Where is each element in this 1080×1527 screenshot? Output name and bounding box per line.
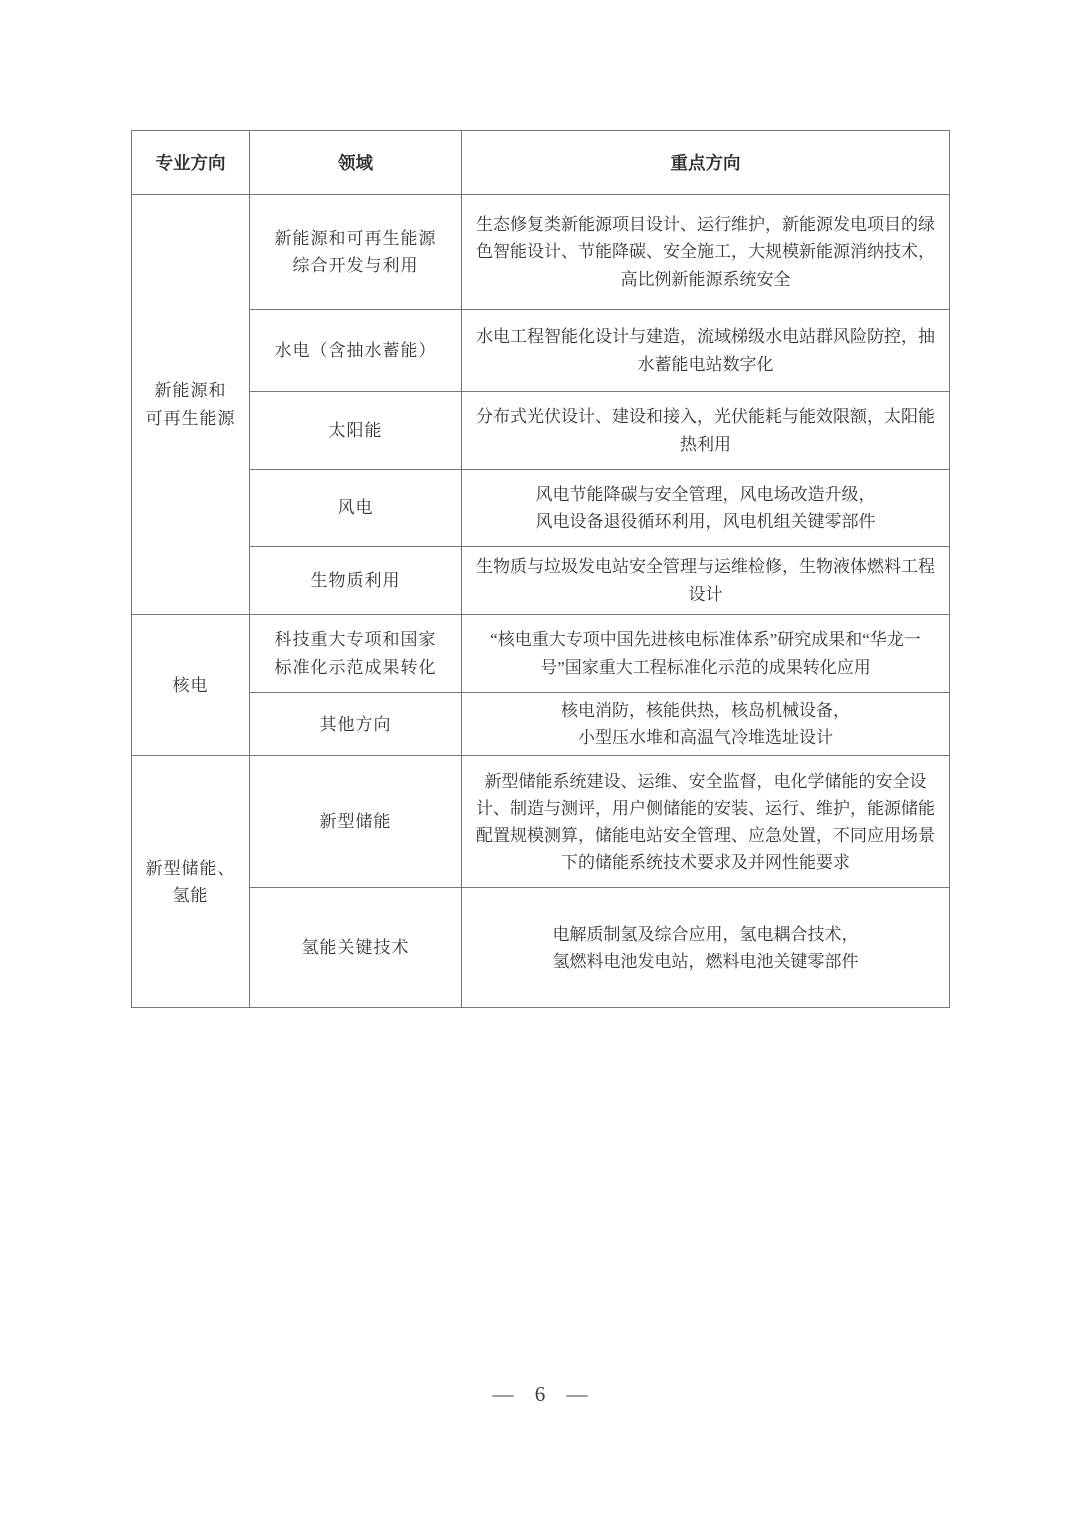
focus-cell-renewables-comprehensive: 生态修复类新能源项目设计、运行维护，新能源发电项目的绿色智能设计、节能降碳、安全… xyxy=(462,195,950,310)
field-cell-hydrogen-tech: 氢能关键技术 xyxy=(250,888,462,1008)
field-cell-new-storage: 新型储能 xyxy=(250,756,462,888)
table-row: 水电（含抽水蓄能） 水电工程智能化设计与建造，流域梯级水电站群风险防控，抽水蓄能… xyxy=(132,310,950,392)
focus-cell-hydrogen-tech: 电解质制氢及综合应用，氢电耦合技术， 氢燃料电池发电站，燃料电池关键零部件 xyxy=(462,888,950,1008)
field-cell-biomass: 生物质利用 xyxy=(250,547,462,615)
focus-cell-wind: 风电节能降碳与安全管理，风电场改造升级， 风电设备退役循环利用，风电机组关键零部… xyxy=(462,470,950,547)
field-cell-renewables-comprehensive: 新能源和可再生能源 综合开发与利用 xyxy=(250,195,462,310)
field-cell-nuclear-other: 其他方向 xyxy=(250,693,462,756)
document-page: 专业方向 领域 重点方向 新能源和 可再生能源 新能源和可再生能源 综合开发与利… xyxy=(0,0,1080,1527)
directions-table: 专业方向 领域 重点方向 新能源和 可再生能源 新能源和可再生能源 综合开发与利… xyxy=(131,130,950,1008)
focus-cell-hydropower: 水电工程智能化设计与建造，流域梯级水电站群风险防控，抽水蓄能电站数字化 xyxy=(462,310,950,392)
focus-cell-new-storage: 新型储能系统建设、运维、安全监督，电化学储能的安全设计、制造与测评，用户侧储能的… xyxy=(462,756,950,888)
direction-cell-nuclear: 核电 xyxy=(132,615,250,756)
table-row: 其他方向 核电消防，核能供热，核岛机械设备， 小型压水堆和高温气冷堆选址设计 xyxy=(132,693,950,756)
focus-cell-nuclear-standards: “核电重大专项中国先进核电标准体系”研究成果和“华龙一号”国家重大工程标准化示范… xyxy=(462,615,950,693)
header-cell-direction: 专业方向 xyxy=(132,131,250,195)
header-cell-field: 领域 xyxy=(250,131,462,195)
table-row: 氢能关键技术 电解质制氢及综合应用，氢电耦合技术， 氢燃料电池发电站，燃料电池关… xyxy=(132,888,950,1008)
table-header-row: 专业方向 领域 重点方向 xyxy=(132,131,950,195)
focus-cell-nuclear-other: 核电消防，核能供热，核岛机械设备， 小型压水堆和高温气冷堆选址设计 xyxy=(462,693,950,756)
direction-cell-storage-hydrogen: 新型储能、 氢能 xyxy=(132,756,250,1008)
table-row: 核电 科技重大专项和国家 标准化示范成果转化 “核电重大专项中国先进核电标准体系… xyxy=(132,615,950,693)
page-number: — 6 — xyxy=(0,1382,1080,1407)
field-cell-hydropower: 水电（含抽水蓄能） xyxy=(250,310,462,392)
table-row: 风电 风电节能降碳与安全管理，风电场改造升级， 风电设备退役循环利用，风电机组关… xyxy=(132,470,950,547)
table-row: 生物质利用 生物质与垃圾发电站安全管理与运维检修，生物液体燃料工程设计 xyxy=(132,547,950,615)
table-row: 太阳能 分布式光伏设计、建设和接入，光伏能耗与能效限额，太阳能热利用 xyxy=(132,392,950,470)
focus-cell-solar: 分布式光伏设计、建设和接入，光伏能耗与能效限额，太阳能热利用 xyxy=(462,392,950,470)
field-cell-solar: 太阳能 xyxy=(250,392,462,470)
header-cell-focus: 重点方向 xyxy=(462,131,950,195)
focus-cell-biomass: 生物质与垃圾发电站安全管理与运维检修，生物液体燃料工程设计 xyxy=(462,547,950,615)
field-cell-nuclear-standards: 科技重大专项和国家 标准化示范成果转化 xyxy=(250,615,462,693)
direction-cell-renewables: 新能源和 可再生能源 xyxy=(132,195,250,615)
table-row: 新型储能、 氢能 新型储能 新型储能系统建设、运维、安全监督，电化学储能的安全设… xyxy=(132,756,950,888)
table-row: 新能源和 可再生能源 新能源和可再生能源 综合开发与利用 生态修复类新能源项目设… xyxy=(132,195,950,310)
field-cell-wind: 风电 xyxy=(250,470,462,547)
